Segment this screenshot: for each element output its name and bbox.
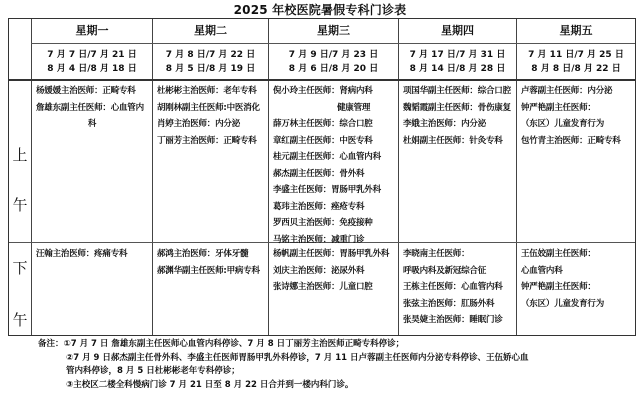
doctor-entry: 郝渊华副主任医师:甲病专科 [157, 263, 264, 280]
dates-mon: 7 月 7 日/7 月 21 日 8 月 4 日/8 月 18 日 [32, 44, 152, 79]
note-line: ②7 月 9 日郝杰副主任骨外科、李盛主任医师胃肠甲乳外科停诊，7 月 11 日… [38, 352, 638, 366]
doctor-entry: 倪小玲主任医师：肾病内科 [273, 83, 394, 100]
doctor-entry: 包竹青主治医师：正畸专科 [521, 133, 631, 150]
am-tue: 杜彬彬主治医师：老年专科 胡刚林副主任医师:中医消化 肖婷主治医师：内分泌 丁丽… [153, 80, 268, 152]
date-line: 7 月 7 日/7 月 21 日 [32, 48, 152, 62]
pm-mon: 汪翰主治医师：疼痛专科 [32, 243, 152, 266]
dates-thu: 7 月 17 日/7 月 31 日 8 月 14 日/8 月 28 日 [399, 44, 516, 79]
doctor-entry: 杜娟副主任医师：针灸专科 [403, 133, 512, 150]
date-line: 7 月 8 日/7 月 22 日 [153, 48, 268, 62]
day-header-mon: 星期一 [32, 19, 152, 43]
schedule-table: 星期一 星期二 星期三 星期四 星期五 7 月 7 日/7 月 21 日 8 月… [8, 18, 636, 336]
doctor-entry: 杨媛媛主治医师：正畸专科 [36, 83, 148, 100]
date-line: 8 月 14 日/8 月 28 日 [399, 62, 516, 76]
note-line: ①7 月 7 日 詹雄东副主任医师心血管内科停诊、7 月 8 日丁丽芳主治医师正… [64, 339, 405, 349]
note-line: ③主校区二楼全科慢病门诊 7 月 21 日至 8 月 22 日合并到一楼内科门诊… [38, 379, 638, 393]
doctor-entry: 李盛主任医师：胃肠甲乳外科 [273, 182, 394, 199]
doctor-entry: 刘庆主治医师：泌尿外科 [273, 263, 394, 280]
doctor-entry: 科 [36, 116, 148, 133]
am-wed: 倪小玲主任医师：肾病内科 健康管理 薛万林主任医师：综合口腔 章红副主任医师：中… [269, 80, 398, 251]
am-thu: 项国华副主任医师：综合口腔 魏韬霞副主任医师：骨伤康复 李娥主治医师：内分泌 杜… [399, 80, 516, 152]
am-fri: 卢蓉副主任医师：内分泌 钟严艳副主任医师： （东区）儿童发育行为 包竹青主治医师… [517, 80, 635, 152]
page-title: 2025 年校医院暑假专科门诊表 [0, 1, 640, 18]
doctor-entry: 肖婷主治医师：内分泌 [157, 116, 264, 133]
notes-section: 备注：①7 月 7 日 詹雄东副主任医师心血管内科停诊、7 月 8 日丁丽芳主治… [38, 338, 638, 392]
doctor-entry: 杨帆副主任医师：胃肠甲乳外科 [273, 246, 394, 263]
doctor-entry: （东区）儿童发育行为 [521, 116, 631, 133]
date-line: 8 月 8 日/8 月 22 日 [517, 62, 635, 76]
doctor-entry: 张昊婕主治医师：睡眠门诊 [403, 312, 512, 329]
notes-label: 备注： [38, 339, 64, 349]
day-header-wed: 星期三 [269, 19, 398, 43]
doctor-entry: 葛玮主治医师：痤疮专科 [273, 199, 394, 216]
dates-tue: 7 月 8 日/7 月 22 日 8 月 5 日/8 月 19 日 [153, 44, 268, 79]
day-header-tue: 星期二 [153, 19, 268, 43]
doctor-entry: 郝鸿主治医师：牙体牙髓 [157, 246, 264, 263]
doctor-entry: 心血管内科 [521, 263, 631, 280]
doctor-entry: 健康管理 [273, 100, 394, 117]
pm-thu: 李晓南主任医师： 呼吸内科及新冠综合征 王栋主任医师：心血管内科 张弦主治医师：… [399, 243, 516, 332]
doctor-entry: 杜彬彬主治医师：老年专科 [157, 83, 264, 100]
doctor-entry: 李晓南主任医师： [403, 246, 512, 263]
dates-wed: 7 月 9 日/7 月 23 日 8 月 6 日/8 月 20 日 [269, 44, 398, 79]
date-line: 8 月 6 日/8 月 20 日 [269, 62, 398, 76]
doctor-entry: 李娥主治医师：内分泌 [403, 116, 512, 133]
doctor-entry: 章红副主任医师：中医专科 [273, 133, 394, 150]
doctor-entry: 薛万林主任医师：综合口腔 [273, 116, 394, 133]
doctor-entry: 胡刚林副主任医师:中医消化 [157, 100, 264, 117]
doctor-entry: 罗西贝主治医师：免疫接种 [273, 215, 394, 232]
doctor-entry: 张弦主治医师：肛肠外科 [403, 296, 512, 313]
day-header-thu: 星期四 [399, 19, 516, 43]
pm-tue: 郝鸿主治医师：牙体牙髓 郝渊华副主任医师:甲病专科 [153, 243, 268, 282]
doctor-entry: 桂元副主任医师：心血管内科 [273, 149, 394, 166]
date-line: 7 月 11 日/7 月 25 日 [517, 48, 635, 62]
pm-wed: 杨帆副主任医师：胃肠甲乳外科 刘庆主治医师：泌尿外科 张诗娜主治医师：儿童口腔 [269, 243, 398, 299]
doctor-entry: 钟严艳副主任医师： [521, 100, 631, 117]
date-line: 7 月 9 日/7 月 23 日 [269, 48, 398, 62]
doctor-entry: 张诗娜主治医师：儿童口腔 [273, 279, 394, 296]
doctor-entry: 魏韬霞副主任医师：骨伤康复 [403, 100, 512, 117]
doctor-entry: 呼吸内科及新冠综合征 [403, 263, 512, 280]
doctor-entry: 詹雄东副主任医师：心血管内 [36, 100, 148, 117]
date-line: 8 月 5 日/8 月 19 日 [153, 62, 268, 76]
doctor-entry: 王栋主任医师：心血管内科 [403, 279, 512, 296]
doctor-entry: 郝杰副主任医师：骨外科 [273, 166, 394, 183]
doctor-entry: 项国华副主任医师：综合口腔 [403, 83, 512, 100]
pm-fri: 王伍姣副主任医师： 心血管内科 钟严艳副主任医师： （东区）儿童发育行为 [517, 243, 635, 315]
period-am-char2: 午 [9, 194, 31, 215]
doctor-entry: 汪翰主治医师：疼痛专科 [36, 246, 148, 263]
dates-fri: 7 月 11 日/7 月 25 日 8 月 8 日/8 月 22 日 [517, 44, 635, 79]
day-header-fri: 星期五 [517, 19, 635, 43]
doctor-entry: 王伍姣副主任医师： [521, 246, 631, 263]
period-pm-char2: 午 [9, 309, 31, 330]
date-line: 8 月 4 日/8 月 18 日 [32, 62, 152, 76]
period-pm-char1: 下 [9, 257, 31, 278]
date-line: 7 月 17 日/7 月 31 日 [399, 48, 516, 62]
doctor-entry: 钟严艳副主任医师： [521, 279, 631, 296]
note-line: 管内科停诊，8 月 5 日杜彬彬老年专科停诊； [38, 365, 638, 379]
doctor-entry: 卢蓉副主任医师：内分泌 [521, 83, 631, 100]
am-mon: 杨媛媛主治医师：正畸专科 詹雄东副主任医师：心血管内 科 [32, 80, 152, 136]
doctor-entry: 丁丽芳主治医师：正畸专科 [157, 133, 264, 150]
doctor-entry: （东区）儿童发育行为 [521, 296, 631, 313]
period-am-char1: 上 [9, 144, 31, 165]
